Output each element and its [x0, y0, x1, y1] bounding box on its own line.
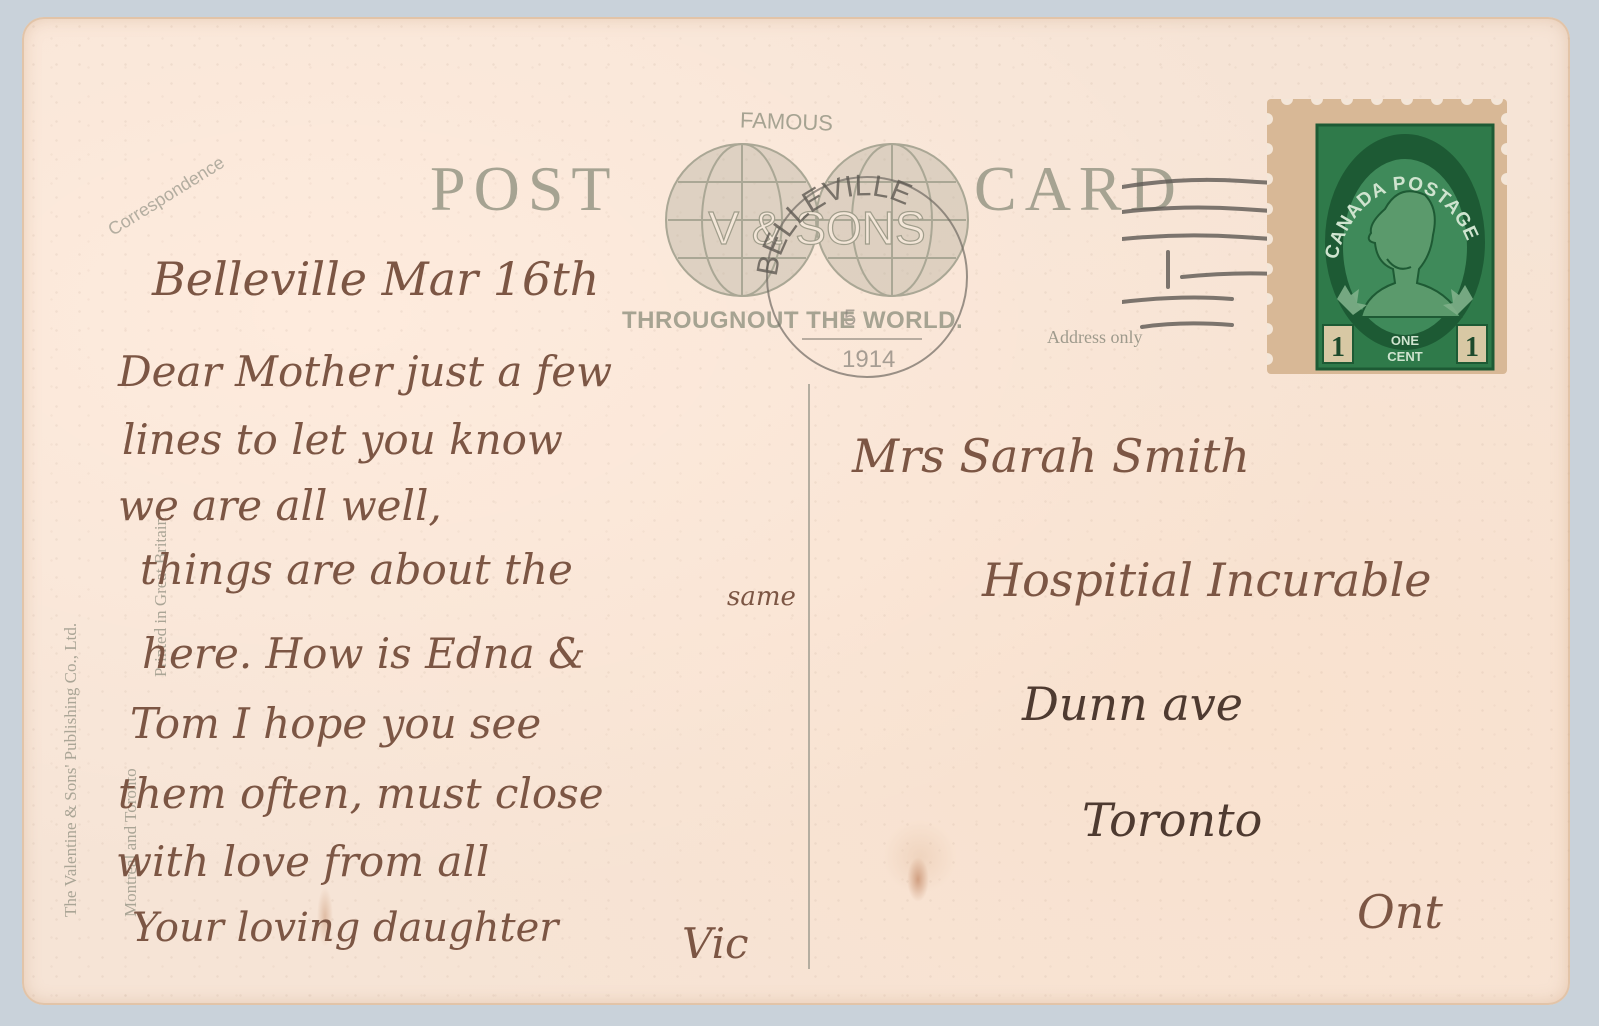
message-line: with love from all — [116, 837, 489, 886]
svg-text:CENT: CENT — [1387, 349, 1422, 364]
address-province: Ont — [1357, 885, 1443, 939]
svg-text:1914: 1914 — [842, 346, 895, 373]
stamp-portrait-icon: CANADA POSTAGE 1 1 ONE CENT — [1267, 99, 1507, 374]
message-line: Tom I hope you see — [130, 699, 541, 748]
message-line: things are about the — [140, 545, 573, 594]
message-line: lines to let you know — [122, 415, 563, 464]
address-street: Dunn ave — [1022, 677, 1243, 731]
address-recipient: Mrs Sarah Smith — [852, 429, 1250, 483]
message-line: them often, must close — [118, 769, 604, 818]
svg-text:1: 1 — [1331, 332, 1345, 363]
stain — [907, 857, 929, 902]
center-divider-line — [808, 384, 810, 969]
postage-stamp: CANADA POSTAGE 1 1 ONE CENT — [1267, 99, 1507, 374]
svg-text:1: 1 — [1465, 332, 1479, 363]
postmark-icon: BELLEVILLE 5 1914 — [732, 157, 992, 387]
message-line: we are all well, — [118, 481, 442, 530]
svg-text:5: 5 — [844, 305, 856, 330]
svg-text:ONE: ONE — [1391, 333, 1420, 348]
inserted-word: same — [727, 582, 796, 612]
signature: Vic — [682, 919, 749, 968]
address-city: Toronto — [1082, 793, 1262, 847]
publisher-name: The Valentine & Sons' Publishing Co., Lt… — [56, 517, 86, 917]
svg-text:BELLEVILLE: BELLEVILLE — [751, 169, 917, 278]
message-heading: Belleville Mar 16th — [152, 252, 599, 306]
message-closing: Your loving daughter — [132, 905, 558, 951]
message-line: Dear Mother just a few — [118, 347, 612, 396]
post-heading: POST — [430, 152, 619, 226]
postcard-back: POST CARD FAMOUS V & SONS THROUGNOUT THE… — [22, 17, 1570, 1005]
address-institution: Hospitial Incurable — [982, 553, 1432, 607]
message-line: here. How is Edna & — [142, 629, 585, 678]
